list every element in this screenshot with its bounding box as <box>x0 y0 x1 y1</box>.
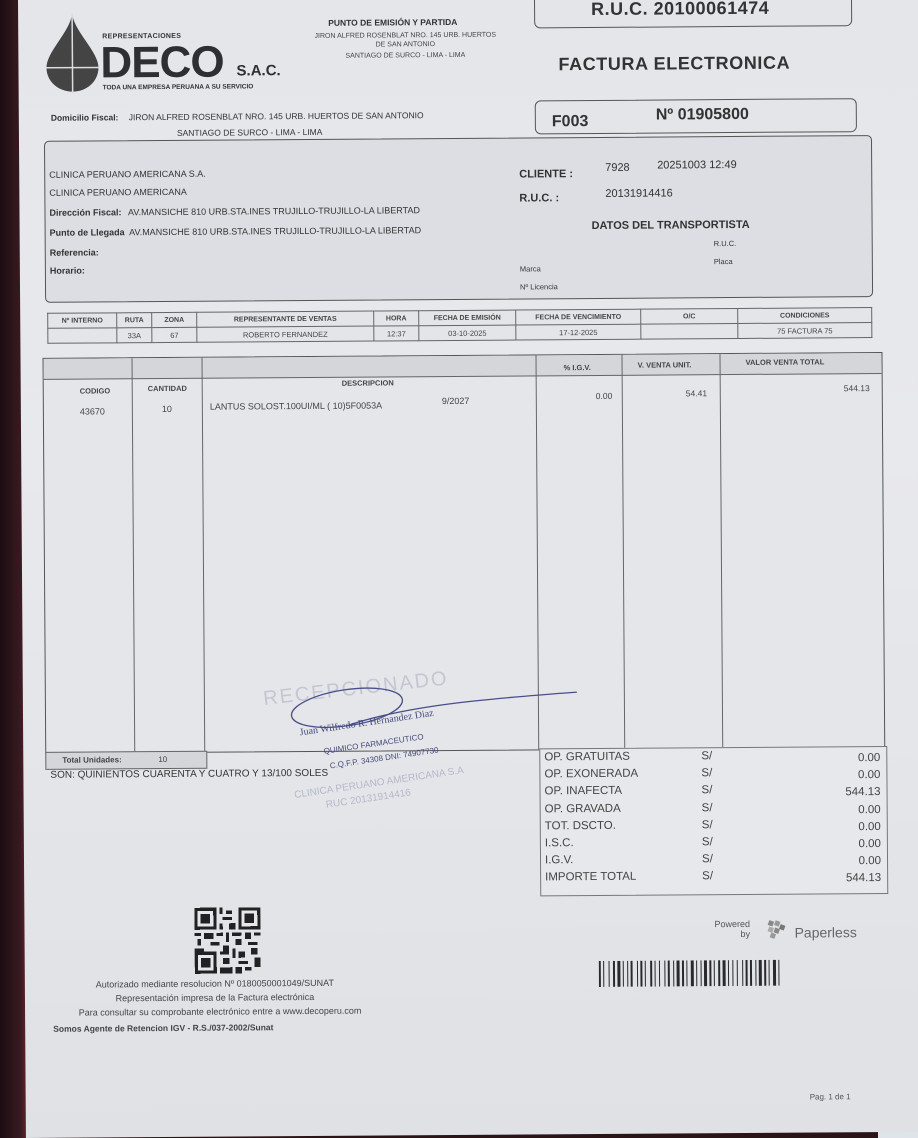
fiscal-address: Domicilio Fiscal: JIRON ALFRED ROSENBLAT… <box>51 110 424 123</box>
totals-row: I.S.C.S/0.00 <box>545 835 881 854</box>
purchase-order <box>641 323 738 339</box>
totals-currency: S/ <box>701 785 712 797</box>
item-unit-price: 54.41 <box>686 388 707 398</box>
item-expiry: 9/2027 <box>442 396 470 406</box>
totals-label: OP. GRAVADA <box>545 802 621 815</box>
header-code: CODIGO <box>80 386 110 395</box>
totals-value: 0.00 <box>858 804 880 816</box>
carrier-title: DATOS DEL TRANSPORTISTA <box>592 219 750 232</box>
due-date: 17-12-2025 <box>516 324 641 340</box>
carrier-brand-label: Marca <box>520 264 541 273</box>
page-number: Pag. 1 de 1 <box>810 1092 851 1101</box>
internal-number <box>48 328 117 343</box>
totals-value: 544.13 <box>846 872 881 884</box>
totals-row: I.G.V.S/0.00 <box>545 852 881 871</box>
totals-row: OP. INAFECTAS/544.13 <box>544 783 880 802</box>
document-type: FACTURA ELECTRONICA <box>558 53 790 76</box>
totals-label: I.S.C. <box>545 837 574 849</box>
ruc-box: R.U.C. 20100061474 <box>534 0 852 28</box>
route: 33A <box>117 328 152 343</box>
footer-representation: Representación impresa de la Factura ele… <box>75 992 355 1004</box>
client-schedule-label: Horario: <box>50 266 85 276</box>
client-ruc-label: R.U.C. : <box>519 192 559 204</box>
cliente-code: 7928 <box>605 162 630 174</box>
header-issue-date: FECHA DE EMISIÓN <box>419 310 516 326</box>
header-description: DESCRIPCION <box>342 378 394 387</box>
header-sales-rep: REPRESENTANTE DE VENTAS <box>197 311 374 327</box>
totals-value: 0.00 <box>858 769 880 781</box>
brand-tagline: TODA UNA EMPRESA PERUANA A SU SERVICIO <box>103 83 254 91</box>
totals-row: OP. EXONERADAS/0.00 <box>544 766 880 785</box>
header-internal-number: Nº INTERNO <box>48 313 117 328</box>
totals-value: 544.13 <box>845 786 880 798</box>
totals-row: IMPORTE TOTALS/544.13 <box>545 869 881 888</box>
totals-label: IMPORTE TOTAL <box>545 871 636 884</box>
header-conditions: CONDICIONES <box>738 308 872 324</box>
cliente-label: CLIENTE : <box>519 168 573 180</box>
client-box: CLINICA PERUANO AMERICANA S.A. CLINICA P… <box>44 135 873 303</box>
item-description: LANTUS SOLOST.100UI/ML ( 10)5F0053A <box>210 400 382 411</box>
sales-rep: ROBERTO FERNANDEZ <box>197 326 374 342</box>
totals-currency: S/ <box>702 802 713 814</box>
carrier-license-label: Nº Licencia <box>520 282 558 291</box>
header-po: O/C <box>641 308 738 324</box>
totals-row: OP. GRAVADAS/0.00 <box>545 801 881 820</box>
totals-row: TOT. DSCTO.S/0.00 <box>545 818 881 837</box>
deco-drop-logo-icon <box>44 11 101 93</box>
header-route: RUTA <box>117 313 152 328</box>
issuer-ruc: R.U.C. 20100061474 <box>591 0 769 20</box>
totals-value: 0.00 <box>858 752 880 764</box>
totals-label: TOT. DSCTO. <box>545 820 616 832</box>
brand-name: DECO <box>100 43 223 84</box>
totals-currency: S/ <box>702 836 713 848</box>
totals-value: 0.00 <box>858 838 880 850</box>
footer-authorization: Autorizado mediante resolucion Nº 018005… <box>75 978 355 990</box>
totals-label: OP. INAFECTA <box>544 785 622 798</box>
invoice-sheet: REPRESENTACIONES DECO S.A.C. TODA UNA EM… <box>18 0 918 1138</box>
conditions: 75 FACTURA 75 <box>738 323 872 339</box>
totals-currency: S/ <box>701 750 712 762</box>
totals-value: 0.00 <box>858 821 880 833</box>
zone: 67 <box>152 327 197 342</box>
brand-suffix: S.A.C. <box>236 62 280 79</box>
carrier-plate-label: Placa <box>714 257 733 266</box>
header-quantity: CANTIDAD <box>148 384 187 393</box>
total-units-label: Total Unidades: <box>62 755 121 764</box>
client-reference-label: Referencia: <box>50 247 99 257</box>
totals-row: OP. GRATUITASS/0.00 <box>544 749 880 768</box>
header-time: HORA <box>374 311 419 326</box>
item-total: 544.13 <box>844 383 870 393</box>
client-name: CLINICA PERUANO AMERICANA S.A. <box>49 169 206 180</box>
client-arrival-point: Punto de Llegada AV.MANSICHE 810 URB.STA… <box>50 225 422 238</box>
provider-name: Paperless <box>794 924 856 940</box>
total-units-row: Total Unidades: 10 <box>45 751 207 770</box>
amount-in-words: SON: QUINIENTOS CUARENTA Y CUATRO Y 13/1… <box>50 768 328 781</box>
totals-box: OP. GRATUITASS/0.00OP. EXONERADAS/0.00OP… <box>539 746 888 896</box>
time: 12:37 <box>374 326 419 341</box>
footer-consult: Para consultar su comprobante electrónic… <box>55 1005 385 1017</box>
paperless-logo-icon <box>762 919 788 941</box>
footer-retention: Somos Agente de Retencion IGV - R.S./037… <box>53 1022 273 1034</box>
sales-meta-table: Nº INTERNO RUTA ZONA REPRESENTANTE DE VE… <box>47 307 872 344</box>
totals-label: OP. EXONERADA <box>544 768 638 781</box>
fiscal-city: SANTIAGO DE SURCO - LIMA - LIMA <box>177 127 323 138</box>
qr-code-icon <box>194 906 260 974</box>
client-trade-name: CLINICA PERUANO AMERICANA <box>49 187 187 198</box>
header-igv: % I.G.V. <box>564 363 591 372</box>
issue-date: 03-10-2025 <box>419 325 516 341</box>
totals-currency: S/ <box>701 767 712 779</box>
document-series: F003 <box>552 113 589 131</box>
cliente-datetime: 20251003 12:49 <box>657 159 737 172</box>
carrier-ruc-label: R.U.C. <box>714 239 737 248</box>
document-number: Nº 01905800 <box>656 106 749 125</box>
emission-point-address: JIRON ALFRED ROSENBLAT NRO. 145 URB. HUE… <box>290 30 520 61</box>
totals-value: 0.00 <box>859 855 881 867</box>
total-units-value: 10 <box>158 755 167 764</box>
totals-currency: S/ <box>702 871 713 883</box>
header-unit-price: V. VENTA UNIT. <box>638 360 692 369</box>
totals-label: OP. GRATUITAS <box>544 751 630 764</box>
header-due-date: FECHA DE VENCIMIENTO <box>516 309 641 325</box>
item-code: 43670 <box>80 406 105 416</box>
client-ruc: 20131914416 <box>605 187 672 199</box>
totals-label: I.G.V. <box>545 854 573 866</box>
header-zone: ZONA <box>152 312 197 327</box>
totals-currency: S/ <box>702 853 713 865</box>
barcode-icon <box>599 959 861 987</box>
item-quantity: 10 <box>162 404 172 414</box>
totals-currency: S/ <box>702 819 713 831</box>
client-fiscal-address: Dirección Fiscal: AV.MANSICHE 810 URB.ST… <box>49 205 420 218</box>
emission-point-title: PUNTO DE EMISIÓN Y PARTIDA <box>328 17 457 28</box>
item-igv: 0.00 <box>596 391 613 401</box>
document-number-box: F003 Nº 01905800 <box>535 98 857 134</box>
header-total-value: VALOR VENTA TOTAL <box>746 357 825 367</box>
